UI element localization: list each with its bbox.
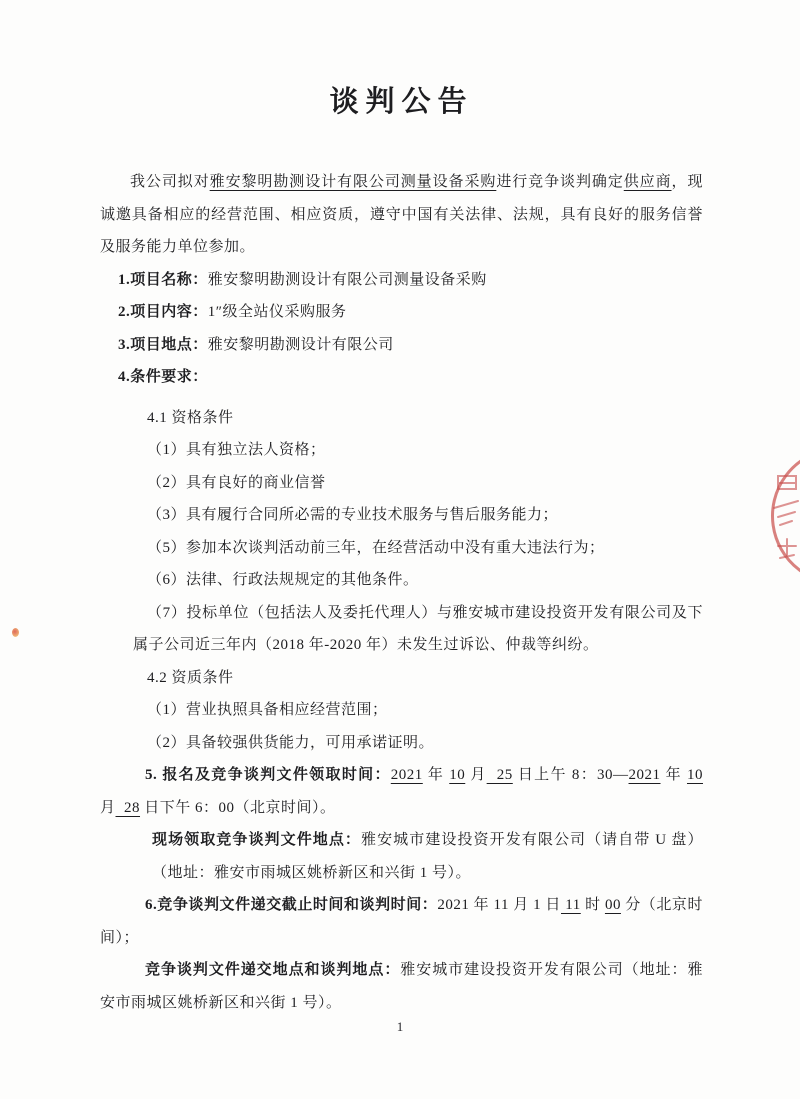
item-submission-deadline: 6.竞争谈判文件递交截止时间和谈判时间：2021 年 11 月 1 日 11 时… bbox=[100, 889, 703, 954]
section-4-1-heading: 4.1 资格条件 bbox=[100, 402, 703, 435]
qualification-item-7: （7）投标单位（包括法人及委托代理人）与雅安城市建设投资开发有限公司及下属子公司… bbox=[100, 597, 703, 662]
qualification-item-1: （1）具有独立法人资格； bbox=[100, 434, 703, 467]
item-label: 3.项目地点： bbox=[118, 337, 208, 353]
item-project-name: 1.项目名称：雅安黎明勘测设计有限公司测量设备采购 bbox=[100, 264, 703, 297]
item-condition-requirements: 4.条件要求： bbox=[100, 361, 703, 394]
scan-artifact-speck bbox=[12, 628, 19, 637]
qualification-item-3: （3）具有履行合同所必需的专业技术服务与售后服务能力； bbox=[100, 499, 703, 532]
item-value: 雅安黎明勘测设计有限公司 bbox=[208, 337, 394, 353]
qualification-item-6: （6）法律、行政法规规定的其他条件。 bbox=[100, 564, 703, 597]
item-registration-time: 5. 报名及竞争谈判文件领取时间：2021 年 10 月 25 日上午 8：30… bbox=[100, 759, 703, 824]
credential-item-1: （1）营业执照具备相应经营范围； bbox=[100, 694, 703, 727]
qualification-item-2: （2）具有良好的商业信誉 bbox=[100, 467, 703, 500]
item-label: 4.条件要求： bbox=[118, 369, 208, 385]
submission-location: 竞争谈判文件递交地点和谈判地点：雅安城市建设投资开发有限公司（地址：雅安市雨城区… bbox=[100, 954, 703, 1019]
credential-item-2: （2）具备较强供货能力，可用承诺证明。 bbox=[100, 727, 703, 760]
qualification-item-5: （5）参加本次谈判活动前三年，在经营活动中没有重大违法行为； bbox=[100, 532, 703, 565]
item-project-content: 2.项目内容：1″级全站仪采购服务 bbox=[100, 296, 703, 329]
section-4-2-heading: 4.2 资质条件 bbox=[100, 662, 703, 695]
red-seal-glyph-fragments bbox=[766, 462, 800, 572]
page-number: 1 bbox=[0, 1019, 800, 1035]
intro-paragraph: 我公司拟对雅安黎明勘测设计有限公司测量设备采购进行竞争谈判确定供应商，现诚邀具备… bbox=[100, 166, 703, 264]
document-page: 谈判公告 我公司拟对雅安黎明勘测设计有限公司测量设备采购进行竞争谈判确定供应商，… bbox=[0, 0, 800, 1099]
item-value: 雅安黎明勘测设计有限公司测量设备采购 bbox=[208, 272, 487, 288]
item-label: 2.项目内容： bbox=[118, 304, 208, 320]
item-value: 1″级全站仪采购服务 bbox=[208, 304, 347, 320]
document-pickup-location: 现场领取竞争谈判文件地点：雅安城市建设投资开发有限公司（请自带 U 盘）（地址：… bbox=[152, 824, 703, 889]
item-label: 1.项目名称： bbox=[118, 272, 208, 288]
document-content: 谈判公告 我公司拟对雅安黎明勘测设计有限公司测量设备采购进行竞争谈判确定供应商，… bbox=[100, 84, 703, 1019]
page-title: 谈判公告 bbox=[100, 84, 703, 120]
item-project-location: 3.项目地点：雅安黎明勘测设计有限公司 bbox=[100, 329, 703, 362]
